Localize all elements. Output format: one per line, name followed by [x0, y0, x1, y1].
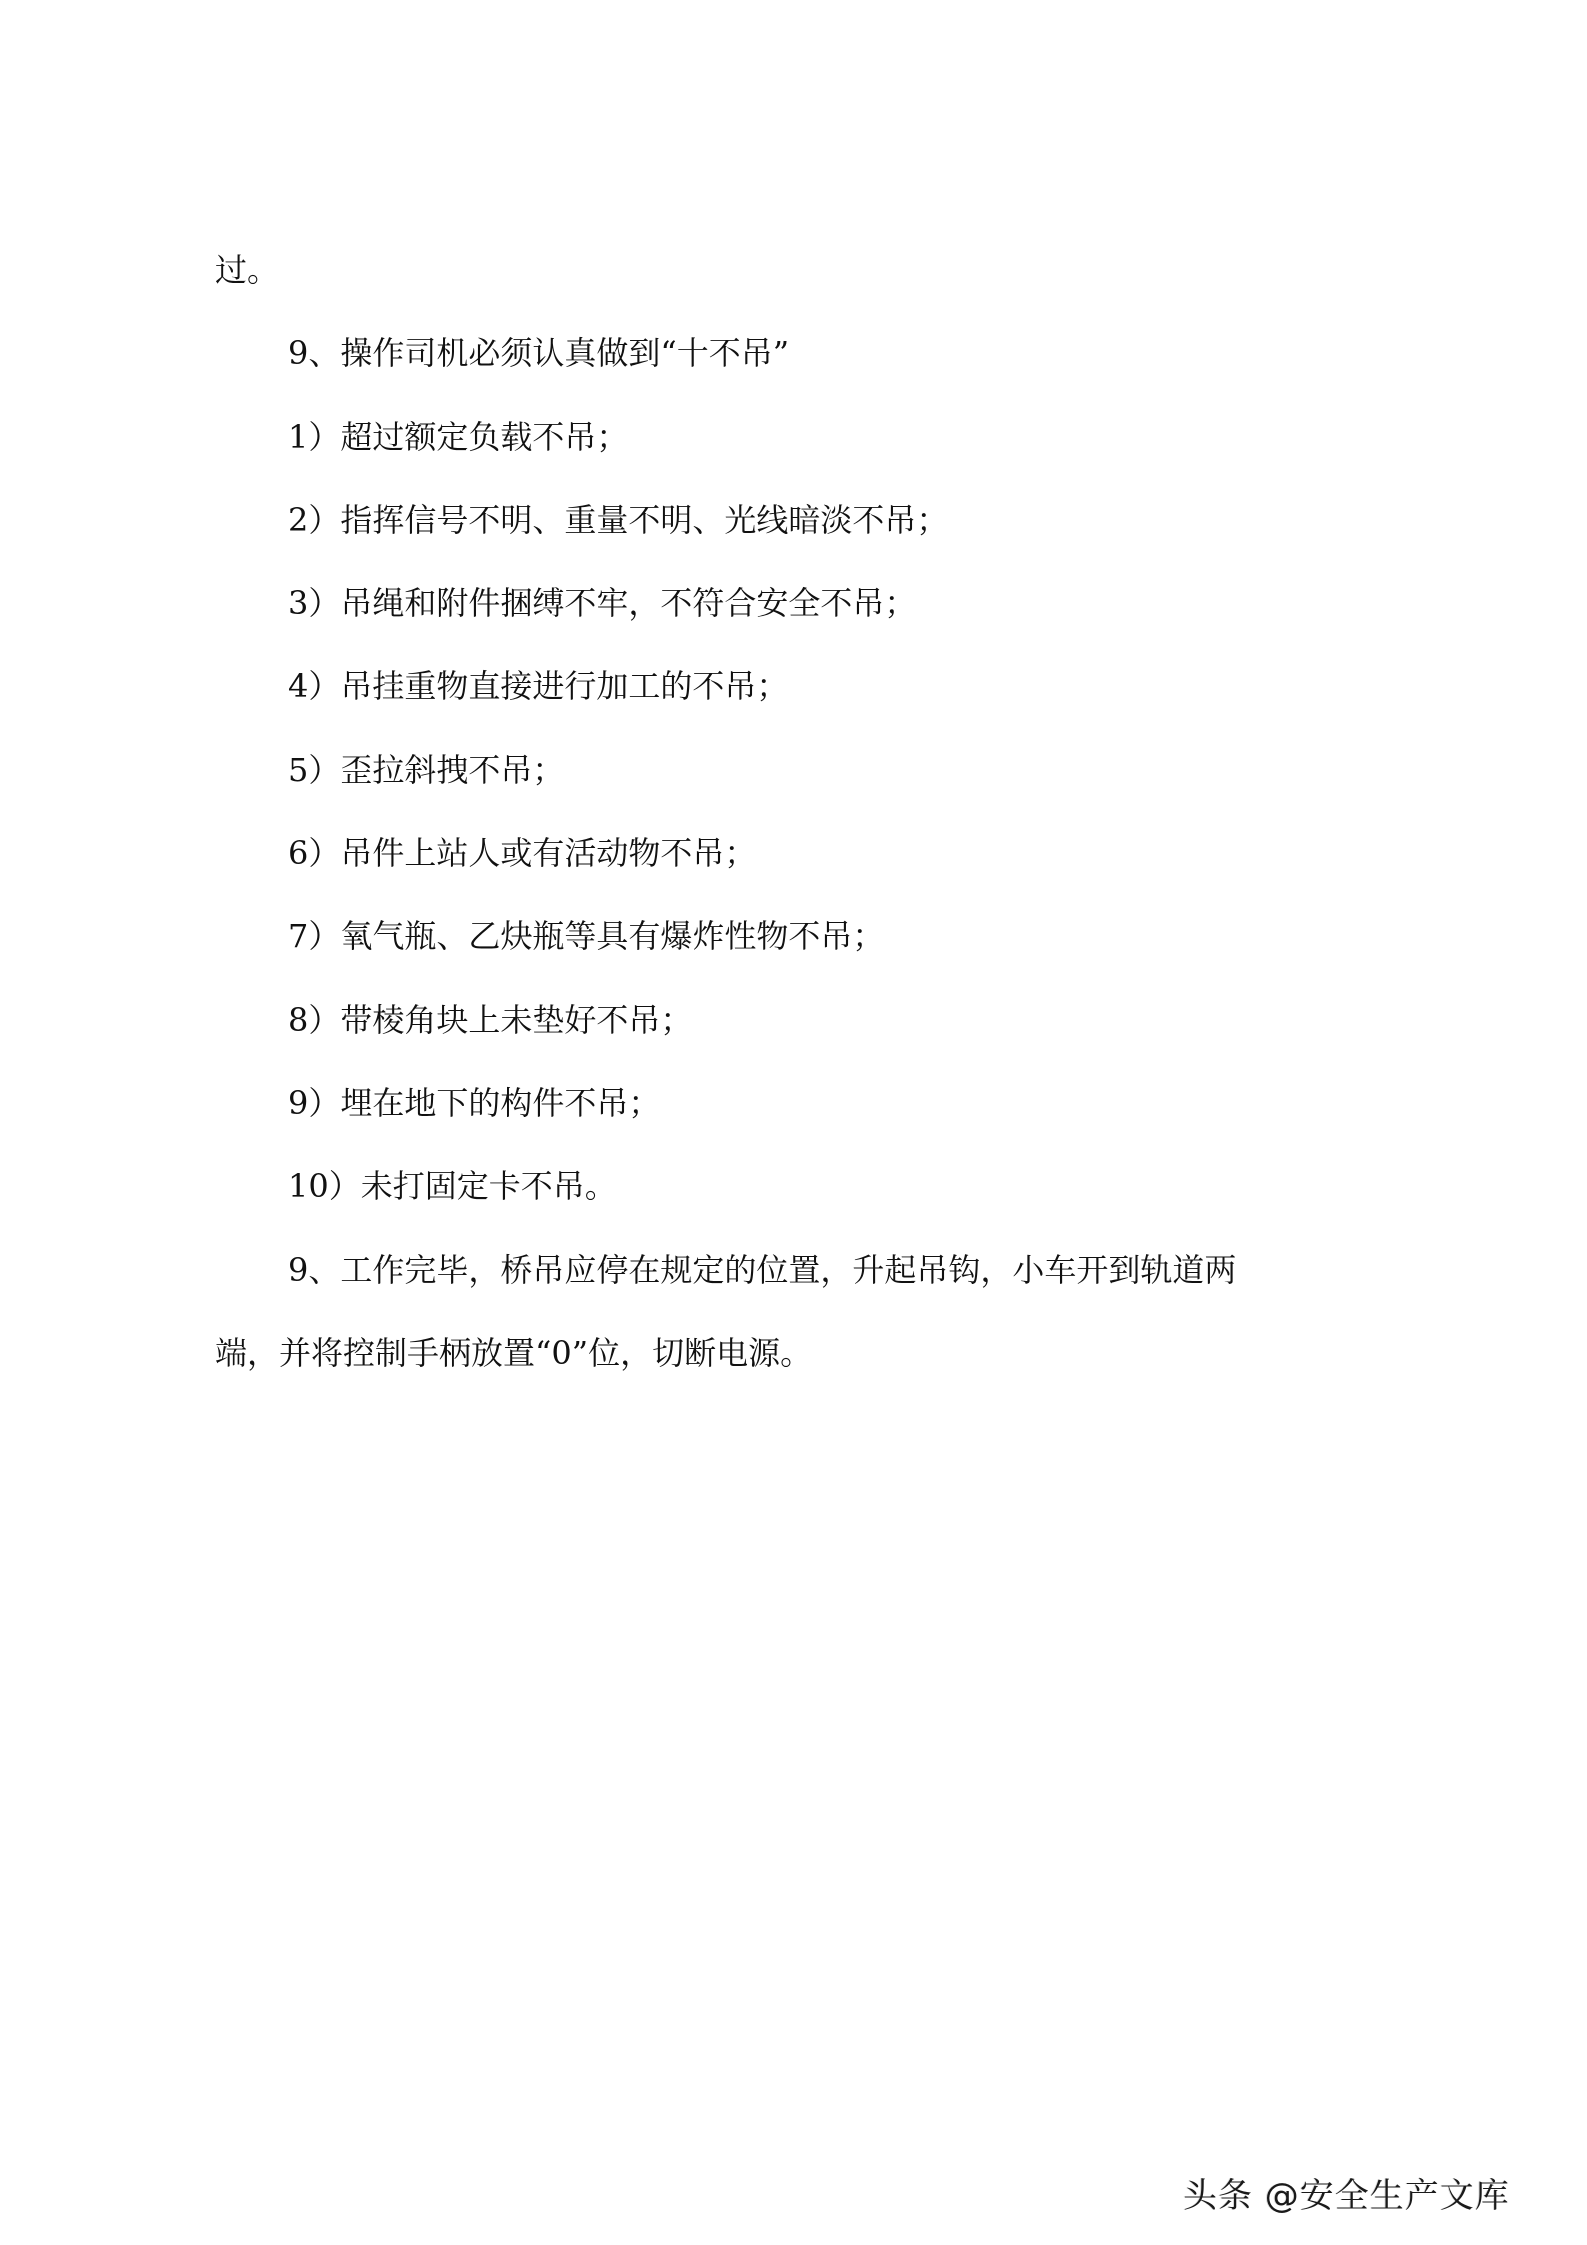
- list-item: 5）歪拉斜拽不吊；: [215, 729, 1415, 812]
- list-item: 10）未打固定卡不吊。: [215, 1145, 1415, 1228]
- list-item: 4）吊挂重物直接进行加工的不吊；: [215, 645, 1415, 728]
- list-item: 1）超过额定负载不吊；: [215, 396, 1415, 479]
- list-item: 6）吊件上站人或有活动物不吊；: [215, 812, 1415, 895]
- list-item: 9）埋在地下的构件不吊；: [215, 1062, 1415, 1145]
- document-body: 过。 9、操作司机必须认真做到“十不吊” 1）超过额定负载不吊； 2）指挥信号不…: [215, 229, 1415, 1395]
- paragraph-work-completion-continued: 端，并将控制手柄放置“0”位，切断电源。: [215, 1312, 1415, 1395]
- list-item: 7）氧气瓶、乙炔瓶等具有爆炸性物不吊；: [215, 895, 1415, 978]
- watermark: 头条 @安全生产文库: [1183, 2168, 1510, 2217]
- document-page: 过。 9、操作司机必须认真做到“十不吊” 1）超过额定负载不吊； 2）指挥信号不…: [0, 0, 1587, 2245]
- section-heading-ten-no-lift: 9、操作司机必须认真做到“十不吊”: [215, 312, 1415, 395]
- list-item: 3）吊绳和附件捆缚不牢，不符合安全不吊；: [215, 562, 1415, 645]
- list-item: 2）指挥信号不明、重量不明、光线暗淡不吊；: [215, 479, 1415, 562]
- list-item: 8）带棱角块上未垫好不吊；: [215, 979, 1415, 1062]
- paragraph-work-completion: 9、工作完毕，桥吊应停在规定的位置，升起吊钩，小车开到轨道两: [215, 1229, 1415, 1312]
- paragraph-continuation: 过。: [215, 229, 1415, 312]
